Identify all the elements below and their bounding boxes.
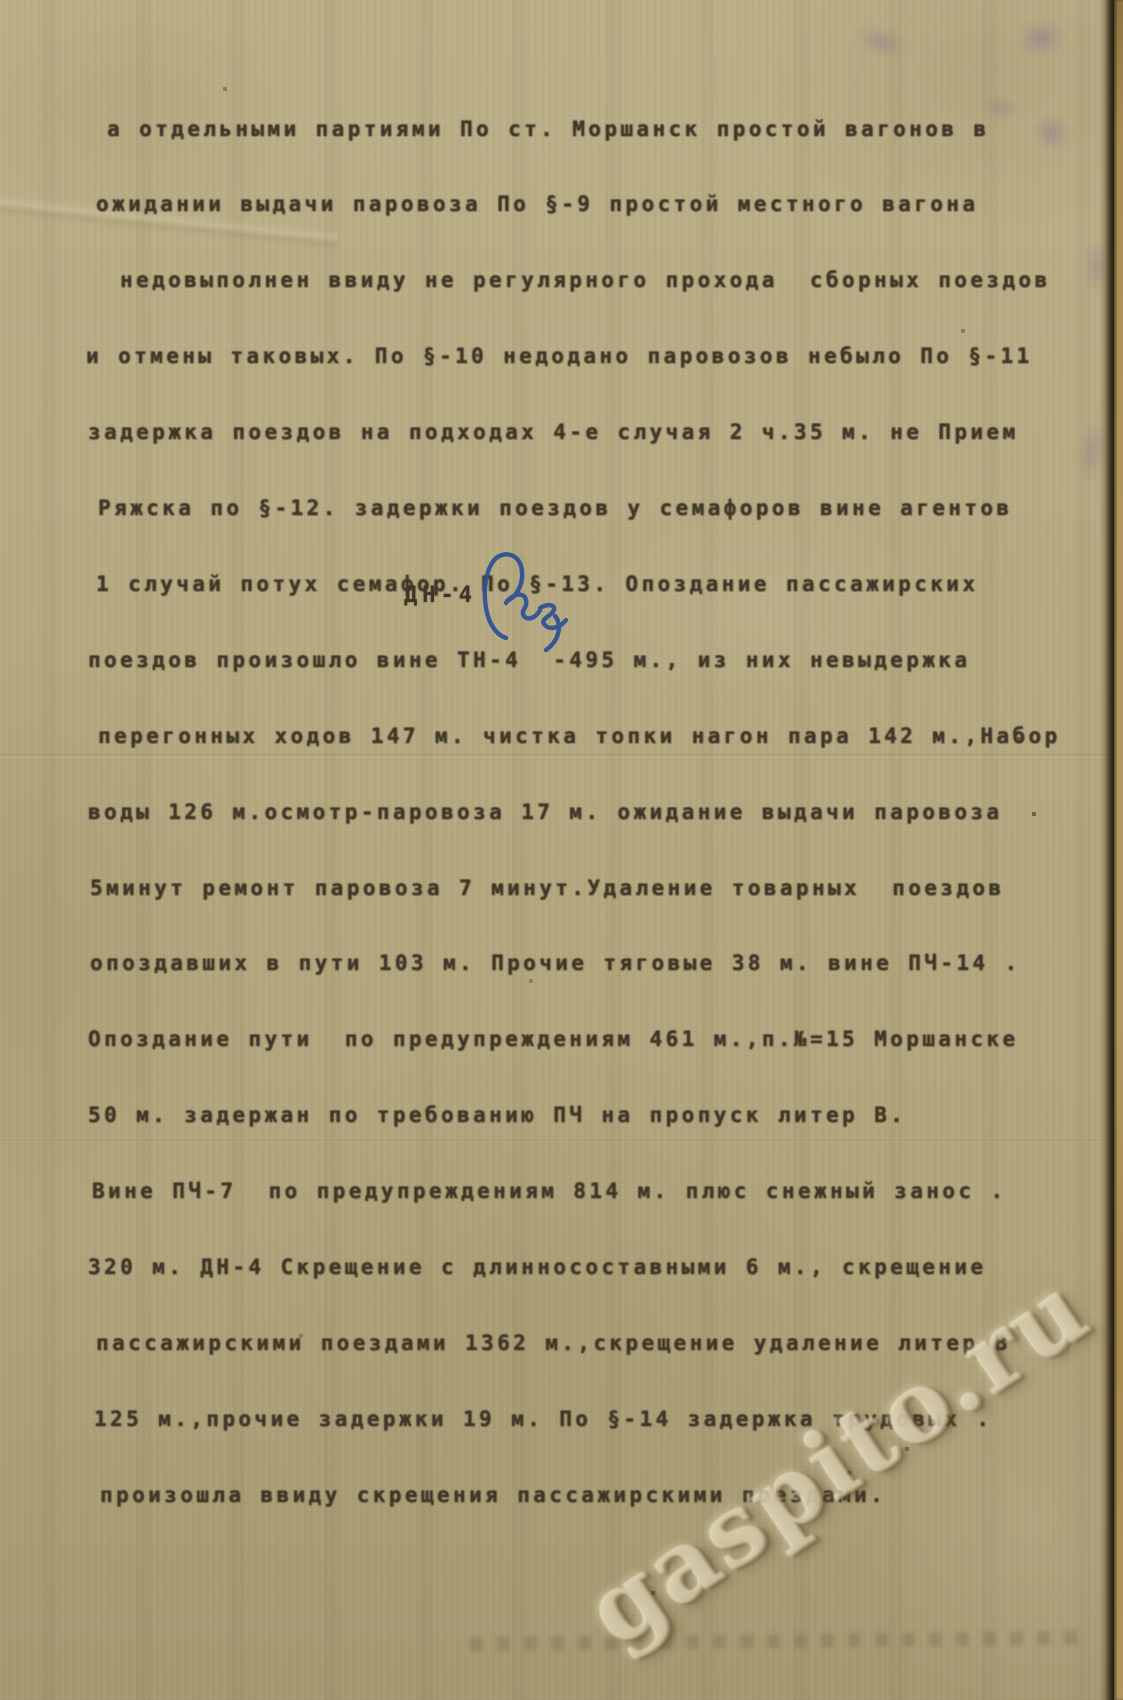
document-page: а отдельными партиями По ст. Моршанск пр…	[0, 0, 1123, 1700]
typewritten-line: и отмены таковых. По §-10 недодано паров…	[86, 344, 1102, 369]
typewritten-line: Вине ПЧ-7 по предупреждениям 814 м. плюс…	[92, 1179, 1102, 1204]
typewritten-text-block: а отдельными партиями По ст. Моршанск пр…	[86, 66, 1102, 1559]
typewritten-line: 50 м. задержан по требованию ПЧ на пропу…	[88, 1103, 1102, 1128]
typewritten-line: задержка поездов на подходах 4-е случая …	[88, 420, 1102, 445]
ink-bleedthrough	[470, 1631, 1090, 1651]
typewritten-line: Ряжска по §-12. задержки поездов у семаф…	[98, 496, 1102, 521]
typewritten-line: пассажирскими поездами 1362 м.,скрещение…	[96, 1331, 1102, 1356]
paper-specks	[0, 0, 2, 2]
underlying-page-edge	[1114, 0, 1123, 1700]
handwritten-signature	[476, 550, 588, 658]
ink-smudge	[838, 11, 925, 73]
ink-smudge	[1003, 5, 1080, 70]
signature-stroke	[485, 554, 566, 650]
typewritten-line: ожидании выдачи паровоза По §-9 простой …	[96, 192, 1102, 217]
signature-initials: ДН-4	[404, 583, 477, 608]
typewritten-line: перегонных ходов 147 м. чистка топки наг…	[98, 724, 1102, 749]
typewritten-line: а отдельными партиями По ст. Моршанск пр…	[107, 117, 1102, 142]
typewritten-line: произошла ввиду скрещения пассажирскими …	[100, 1483, 1102, 1508]
typewritten-line: опоздавших в пути 103 м. Прочие тяговые …	[90, 951, 1102, 976]
typewritten-line: 125 м.,прочие задержки 19 м. По §-14 зад…	[94, 1407, 1102, 1432]
typewritten-line: поездов произошло вине ТН-4 -495 м., из …	[88, 648, 1102, 673]
typewritten-line: воды 126 м.осмотр-паровоза 17 м. ожидани…	[88, 800, 1102, 825]
typewritten-line: недовыполнен ввиду не регулярного проход…	[120, 268, 1102, 293]
typewritten-line: 320 м. ДН-4 Скрещение с длинносоставными…	[88, 1255, 1102, 1280]
typewritten-line: Опоздание пути по предупреждениям 461 м.…	[88, 1027, 1102, 1052]
typewritten-line: 5минут ремонт паровоза 7 минут.Удаление …	[90, 876, 1102, 901]
typewritten-line: 1 случай потух семафор. По §-13. Опоздан…	[96, 572, 1102, 597]
